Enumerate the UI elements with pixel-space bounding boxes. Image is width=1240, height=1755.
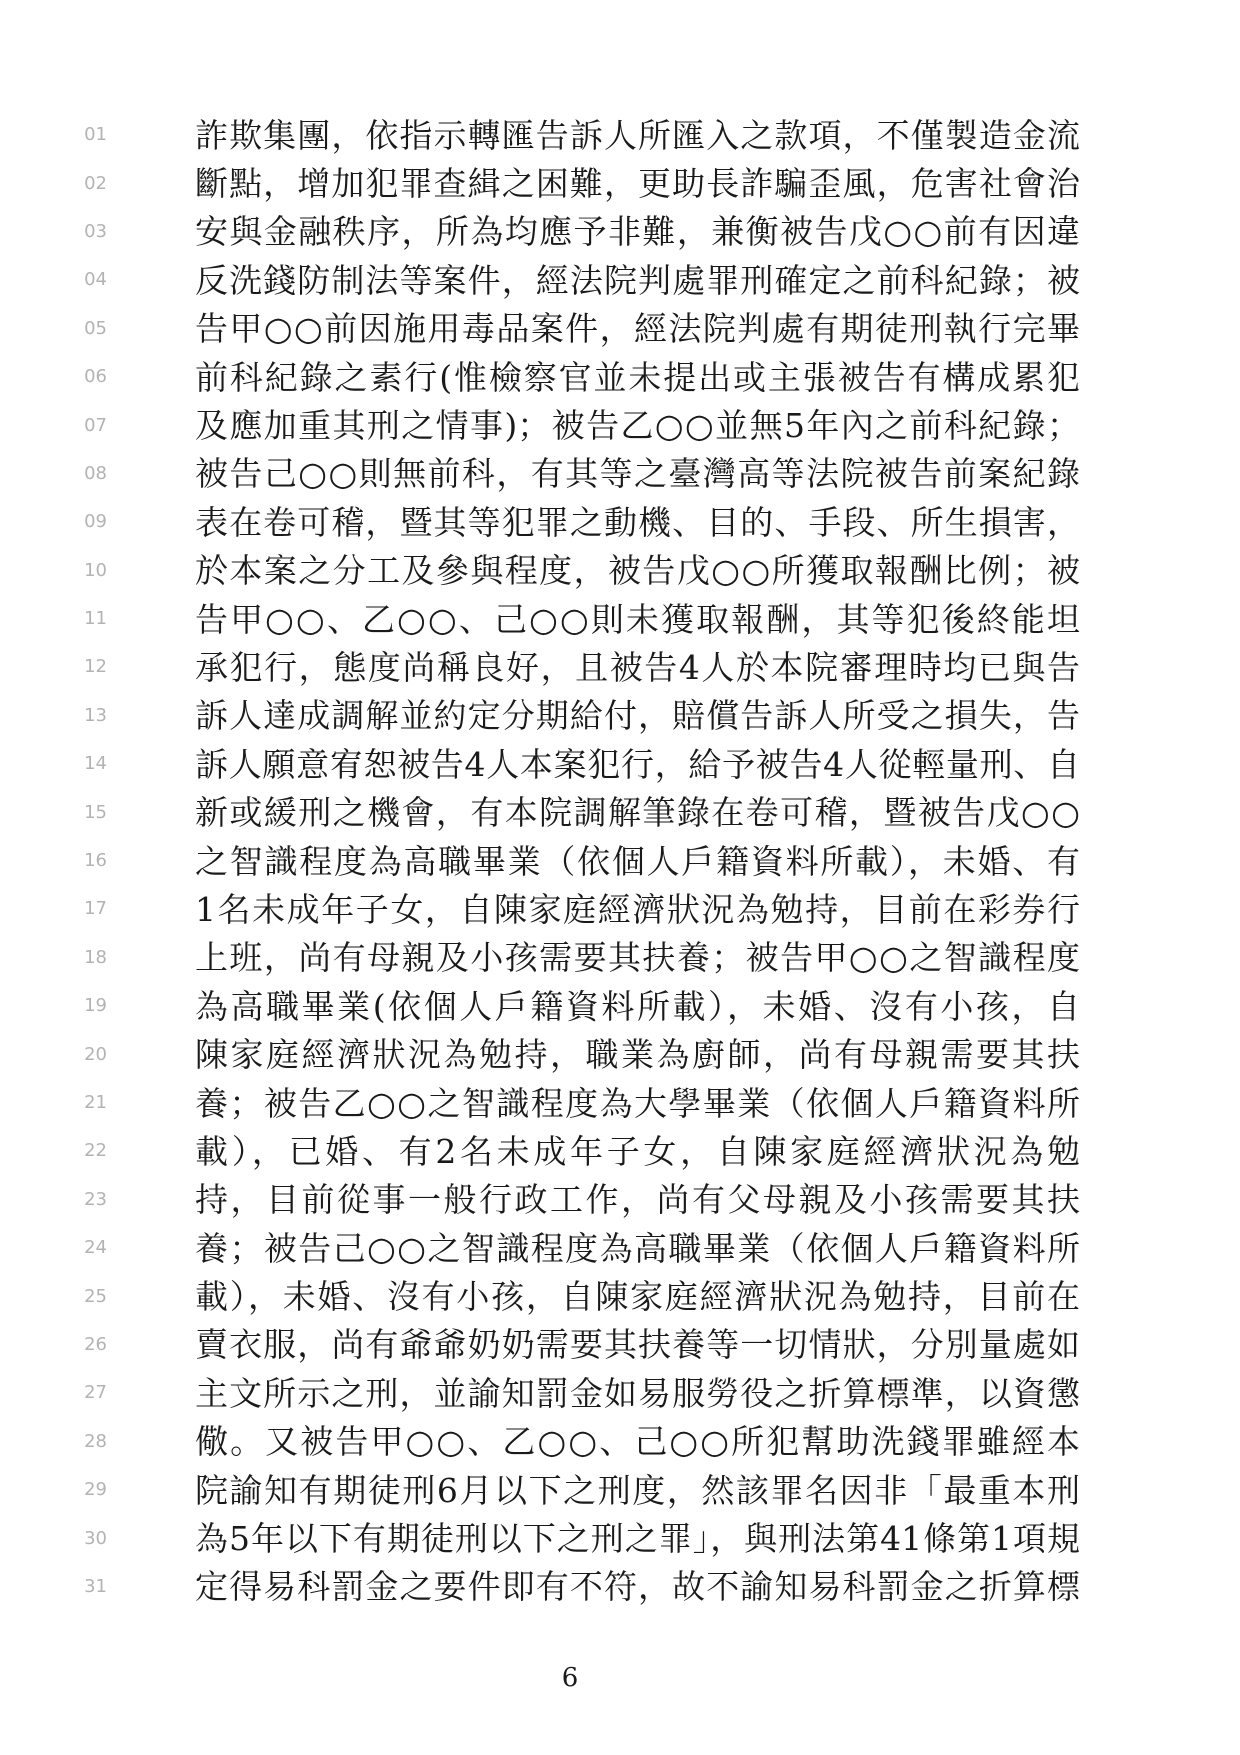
text-line: 11 告甲○○、乙○○、己○○則未獲取報酬，其等犯後終能坦: [0, 595, 1240, 643]
line-text: 養；被告乙○○之智識程度為大學畢業（依個人戶籍資料所: [195, 1087, 1080, 1120]
line-text: 訴人達成調解並約定分期給付，賠償告訴人所受之損失，告: [195, 699, 1080, 732]
text-line: 15 新或緩刑之機會，有本院調解筆錄在卷可稽，暨被告戊○○: [0, 788, 1240, 836]
line-text: 定得易科罰金之要件即有不符，故不諭知易科罰金之折算標: [195, 1570, 1080, 1603]
text-line: 27 主文所示之刑，並諭知罰金如易服勞役之折算標準，以資懲: [0, 1369, 1240, 1417]
line-text: 安與金融秩序，所為均應予非難，兼衡被告戊○○前有因違: [195, 215, 1080, 248]
line-text: 為高職畢業(依個人戶籍資料所載），未婚、沒有小孩，自: [195, 990, 1080, 1023]
line-number: 06: [0, 368, 107, 386]
page-number: 6: [510, 1663, 630, 1693]
text-line: 02 斷點，增加犯罪查緝之困難，更助長詐騙歪風，危害社會治: [0, 159, 1240, 207]
line-number: 25: [0, 1288, 107, 1306]
line-text: 載），未婚、沒有小孩，自陳家庭經濟狀況為勉持，目前在: [195, 1280, 1080, 1313]
line-text: 儆。又被告甲○○、乙○○、己○○所犯幫助洗錢罪雖經本: [195, 1425, 1080, 1458]
text-line: 16 之智識程度為高職畢業（依個人戶籍資料所載），未婚、有: [0, 837, 1240, 885]
text-line: 01 詐欺集團，依指示轉匯告訴人所匯入之款項，不僅製造金流: [0, 111, 1240, 159]
text-line: 25 載），未婚、沒有小孩，自陳家庭經濟狀況為勉持，目前在: [0, 1272, 1240, 1320]
line-text: 承犯行，態度尚稱良好，且被告4人於本院審理時均已與告: [195, 651, 1080, 684]
text-line: 10 於本案之分工及參與程度，被告戊○○所獲取報酬比例；被: [0, 547, 1240, 595]
line-number: 09: [0, 513, 107, 531]
line-number: 02: [0, 175, 107, 193]
text-line: 07 及應加重其刑之情事)；被告乙○○並無5年內之前科紀錄；: [0, 401, 1240, 449]
line-number: 31: [0, 1578, 107, 1596]
text-line: 20 陳家庭經濟狀況為勉持，職業為廚師，尚有母親需要其扶: [0, 1030, 1240, 1078]
text-line: 14 訴人願意宥恕被告4人本案犯行，給予被告4人從輕量刑、自: [0, 740, 1240, 788]
line-number: 08: [0, 465, 107, 483]
line-text: 告甲○○前因施用毒品案件，經法院判處有期徒刑執行完畢: [195, 312, 1080, 345]
line-text: 之智識程度為高職畢業（依個人戶籍資料所載），未婚、有: [195, 845, 1080, 878]
line-number: 03: [0, 223, 107, 241]
text-line: 21 養；被告乙○○之智識程度為大學畢業（依個人戶籍資料所: [0, 1079, 1240, 1127]
text-line: 19 為高職畢業(依個人戶籍資料所載），未婚、沒有小孩，自: [0, 982, 1240, 1030]
line-number: 12: [0, 658, 107, 676]
text-line: 17 1名未成年子女，自陳家庭經濟狀況為勉持，目前在彩券行: [0, 885, 1240, 933]
line-number: 14: [0, 755, 107, 773]
line-number: 05: [0, 320, 107, 338]
line-text: 上班，尚有母親及小孩需要其扶養；被告甲○○之智識程度: [195, 941, 1080, 974]
line-text: 院諭知有期徒刑6月以下之刑度，然該罪名因非「最重本刑: [195, 1474, 1080, 1507]
line-number: 30: [0, 1530, 107, 1548]
line-text: 陳家庭經濟狀況為勉持，職業為廚師，尚有母親需要其扶: [195, 1038, 1080, 1071]
line-text: 反洗錢防制法等案件，經法院判處罪刑確定之前科紀錄；被: [195, 264, 1080, 297]
text-line: 23 持，目前從事一般行政工作，尚有父母親及小孩需要其扶: [0, 1176, 1240, 1224]
text-line: 08 被告己○○則無前科，有其等之臺灣高等法院被告前案紀錄: [0, 450, 1240, 498]
text-block: 01 詐欺集團，依指示轉匯告訴人所匯入之款項，不僅製造金流 02 斷點，增加犯罪…: [0, 111, 1240, 1611]
line-text: 於本案之分工及參與程度，被告戊○○所獲取報酬比例；被: [195, 554, 1080, 587]
line-text: 詐欺集團，依指示轉匯告訴人所匯入之款項，不僅製造金流: [195, 119, 1080, 152]
line-text: 主文所示之刑，並諭知罰金如易服勞役之折算標準，以資懲: [195, 1377, 1080, 1410]
line-number: 23: [0, 1191, 107, 1209]
text-line: 03 安與金融秩序，所為均應予非難，兼衡被告戊○○前有因違: [0, 208, 1240, 256]
document-page: 01 詐欺集團，依指示轉匯告訴人所匯入之款項，不僅製造金流 02 斷點，增加犯罪…: [0, 0, 1240, 1755]
line-text: 1名未成年子女，自陳家庭經濟狀況為勉持，目前在彩券行: [195, 893, 1080, 926]
line-number: 17: [0, 900, 107, 918]
line-text: 斷點，增加犯罪查緝之困難，更助長詐騙歪風，危害社會治: [195, 167, 1080, 200]
line-text: 載），已婚、有2名未成年子女，自陳家庭經濟狀況為勉: [195, 1135, 1080, 1168]
text-line: 05 告甲○○前因施用毒品案件，經法院判處有期徒刑執行完畢: [0, 305, 1240, 353]
line-text: 及應加重其刑之情事)；被告乙○○並無5年內之前科紀錄；: [195, 409, 1080, 442]
text-line: 31 定得易科罰金之要件即有不符，故不諭知易科罰金之折算標: [0, 1563, 1240, 1611]
line-number: 15: [0, 804, 107, 822]
line-number: 16: [0, 852, 107, 870]
line-text: 告甲○○、乙○○、己○○則未獲取報酬，其等犯後終能坦: [195, 603, 1080, 636]
line-number: 13: [0, 707, 107, 725]
line-number: 11: [0, 610, 107, 628]
line-number: 10: [0, 562, 107, 580]
text-line: 06 前科紀錄之素行(惟檢察官並未提出或主張被告有構成累犯: [0, 353, 1240, 401]
text-line: 30 為5年以下有期徒刑以下之刑之罪」，與刑法第41條第1項規: [0, 1514, 1240, 1562]
line-number: 20: [0, 1046, 107, 1064]
text-line: 12 承犯行，態度尚稱良好，且被告4人於本院審理時均已與告: [0, 643, 1240, 691]
text-line: 13 訴人達成調解並約定分期給付，賠償告訴人所受之損失，告: [0, 692, 1240, 740]
line-text: 為5年以下有期徒刑以下之刑之罪」，與刑法第41條第1項規: [195, 1522, 1080, 1555]
line-number: 21: [0, 1094, 107, 1112]
line-number: 19: [0, 997, 107, 1015]
text-line: 22 載），已婚、有2名未成年子女，自陳家庭經濟狀況為勉: [0, 1127, 1240, 1175]
text-line: 04 反洗錢防制法等案件，經法院判處罪刑確定之前科紀錄；被: [0, 256, 1240, 304]
text-line: 24 養；被告己○○之智識程度為高職畢業（依個人戶籍資料所: [0, 1224, 1240, 1272]
line-text: 養；被告己○○之智識程度為高職畢業（依個人戶籍資料所: [195, 1232, 1080, 1265]
line-number: 26: [0, 1336, 107, 1354]
line-number: 24: [0, 1239, 107, 1257]
line-text: 持，目前從事一般行政工作，尚有父母親及小孩需要其扶: [195, 1183, 1080, 1216]
line-number: 07: [0, 417, 107, 435]
line-text: 賣衣服，尚有爺爺奶奶需要其扶養等一切情狀，分別量處如: [195, 1328, 1080, 1361]
line-number: 01: [0, 126, 107, 144]
line-number: 29: [0, 1481, 107, 1499]
text-line: 26 賣衣服，尚有爺爺奶奶需要其扶養等一切情狀，分別量處如: [0, 1321, 1240, 1369]
line-number: 27: [0, 1384, 107, 1402]
line-number: 28: [0, 1433, 107, 1451]
line-number: 04: [0, 271, 107, 289]
line-text: 前科紀錄之素行(惟檢察官並未提出或主張被告有構成累犯: [195, 361, 1080, 394]
line-text: 訴人願意宥恕被告4人本案犯行，給予被告4人從輕量刑、自: [195, 748, 1080, 781]
line-text: 被告己○○則無前科，有其等之臺灣高等法院被告前案紀錄: [195, 457, 1080, 490]
text-line: 29 院諭知有期徒刑6月以下之刑度，然該罪名因非「最重本刑: [0, 1466, 1240, 1514]
line-text: 新或緩刑之機會，有本院調解筆錄在卷可稽，暨被告戊○○: [195, 796, 1080, 829]
line-number: 18: [0, 949, 107, 967]
line-text: 表在卷可稽，暨其等犯罪之動機、目的、手段、所生損害，: [195, 506, 1080, 539]
line-number: 22: [0, 1142, 107, 1160]
text-line: 09 表在卷可稽，暨其等犯罪之動機、目的、手段、所生損害，: [0, 498, 1240, 546]
text-line: 28 儆。又被告甲○○、乙○○、己○○所犯幫助洗錢罪雖經本: [0, 1418, 1240, 1466]
text-line: 18 上班，尚有母親及小孩需要其扶養；被告甲○○之智識程度: [0, 934, 1240, 982]
